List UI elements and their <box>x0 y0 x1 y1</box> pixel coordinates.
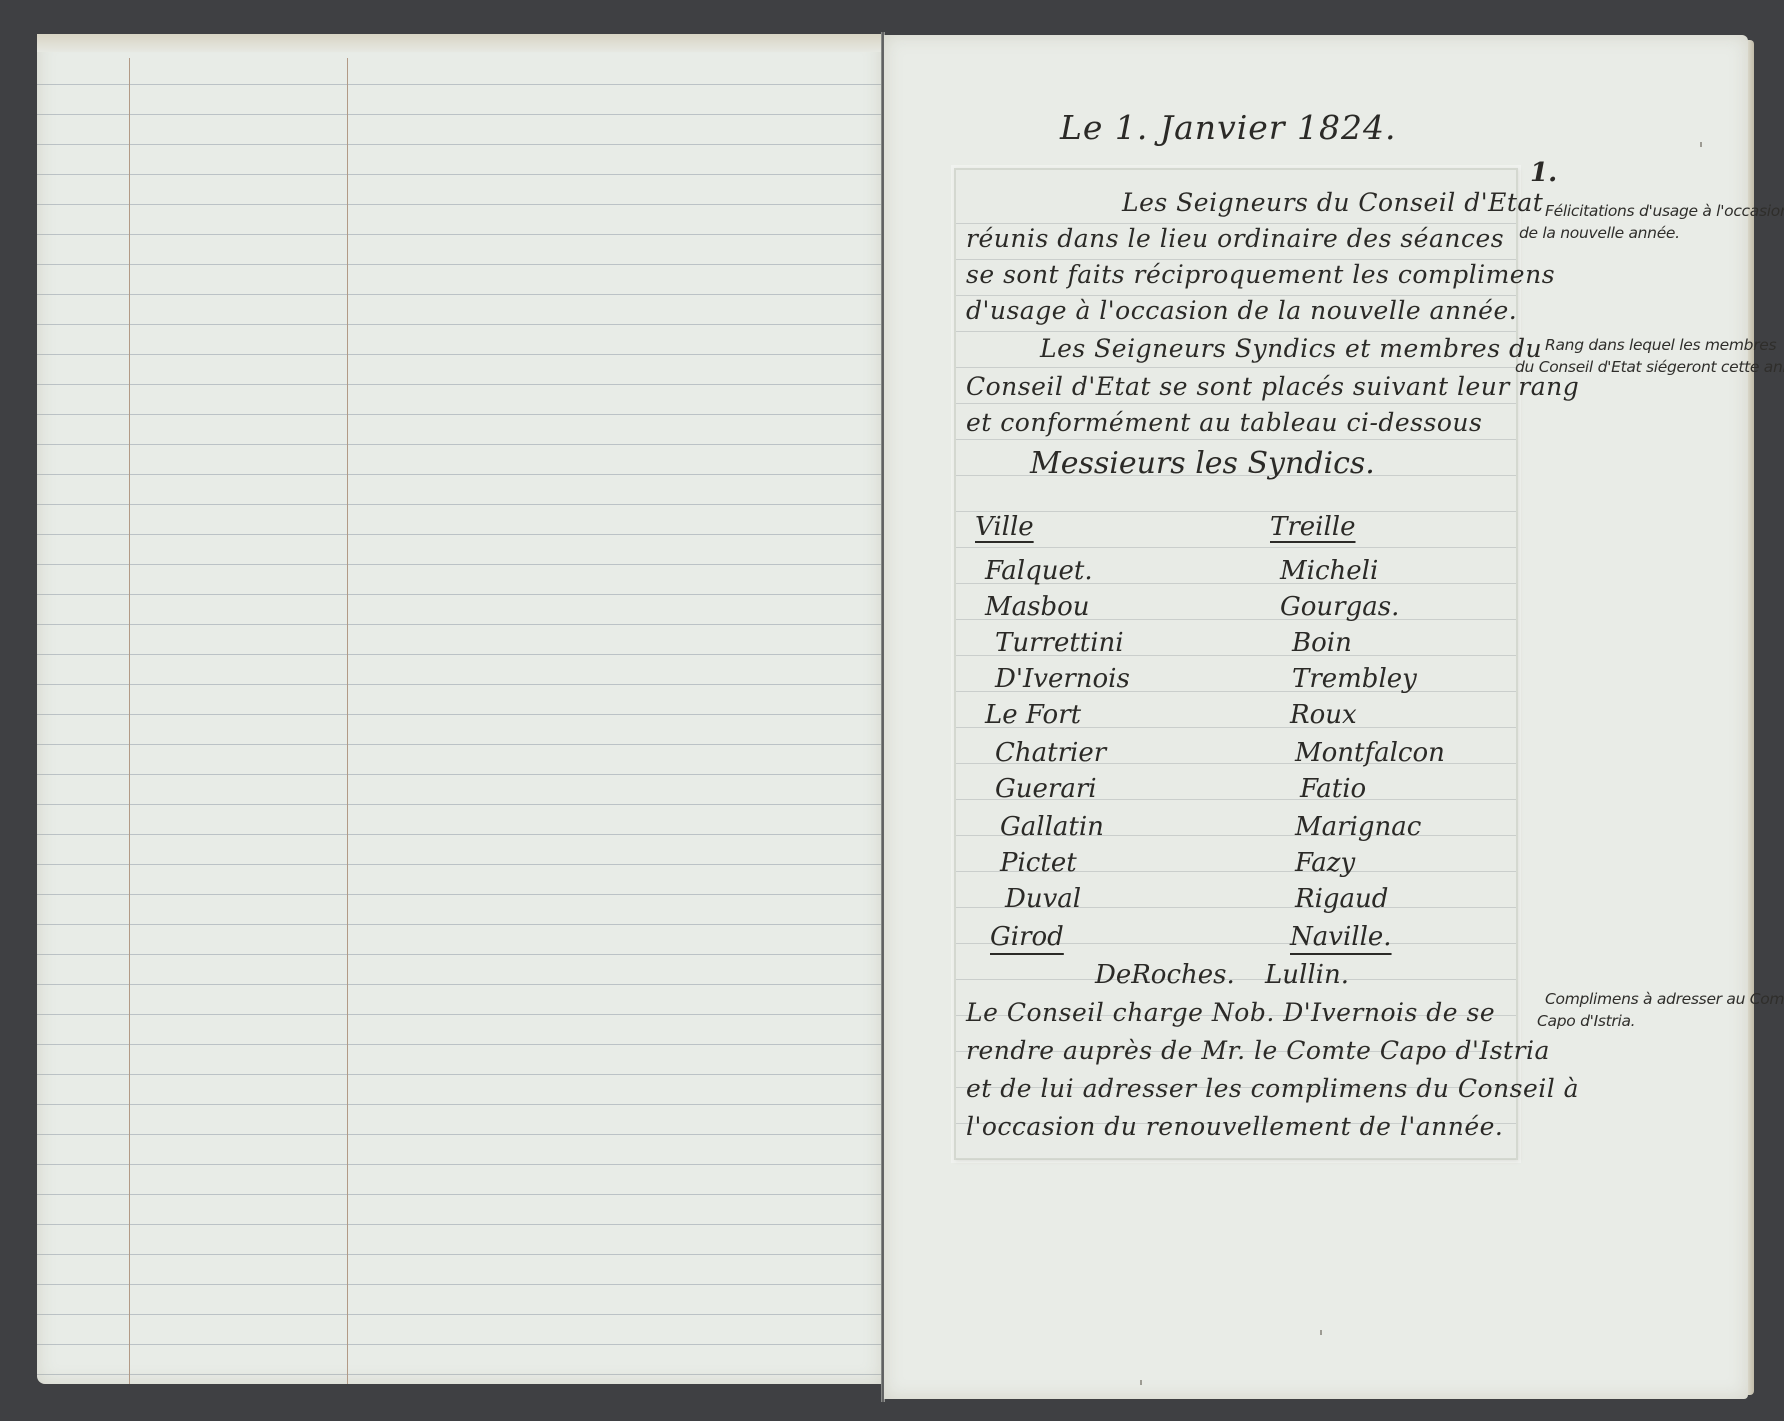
margin-rule-outer <box>129 58 130 1384</box>
table-cell: Roux <box>1290 700 1357 730</box>
closing-line: rendre auprès de Mr. le Comte Capo d'Ist… <box>966 1036 1550 1065</box>
table-cell: Guerari <box>995 774 1097 804</box>
page-top-edge <box>37 34 882 52</box>
paper-speck <box>1320 1330 1322 1335</box>
table-title: Messieurs les Syndics. <box>1030 446 1375 481</box>
table-cell: Pictet <box>1000 848 1077 878</box>
table-cell: Falquet. <box>985 556 1093 586</box>
table-cell: Fazy <box>1295 848 1355 878</box>
table-cell: Gourgas. <box>1280 592 1399 622</box>
column-header-ville: Ville <box>975 512 1034 542</box>
body-line: d'usage à l'occasion de la nouvelle anné… <box>966 296 1517 325</box>
table-footer-cell: Lullin. <box>1265 960 1349 990</box>
table-cell: Masbou <box>985 592 1090 622</box>
margin-note-complimens: Complimens à adresser au Comte Capo d'Is… <box>1545 988 1784 1032</box>
table-cell: Trembley <box>1292 664 1417 694</box>
table-cell: Marignac <box>1295 812 1421 842</box>
table-cell: Naville. <box>1290 922 1392 952</box>
table-cell: Girod <box>990 922 1064 952</box>
margin-note-rang: Rang dans lequel les membres du Conseil … <box>1545 334 1784 378</box>
left-page <box>37 34 882 1384</box>
table-cell: Micheli <box>1280 556 1378 586</box>
entry-number: 1. <box>1530 158 1557 188</box>
column-header-treille: Treille <box>1270 512 1356 542</box>
body-line: et conformément au tableau ci-dessous <box>966 408 1482 437</box>
table-cell: Duval <box>1005 884 1081 914</box>
closing-line: et de lui adresser les complimens du Con… <box>966 1074 1579 1103</box>
table-cell: Gallatin <box>1000 812 1104 842</box>
entry-date-heading: Le 1. Janvier 1824. <box>1060 108 1397 147</box>
body-line: Conseil d'Etat se sont placés suivant le… <box>966 372 1579 401</box>
table-cell: Chatrier <box>995 738 1106 768</box>
body-line: Les Seigneurs Syndics et membres du <box>1040 334 1542 363</box>
table-cell: Rigaud <box>1295 884 1388 914</box>
table-cell: Boin <box>1292 628 1352 658</box>
paper-speck <box>1700 142 1702 147</box>
closing-line: l'occasion du renouvellement de l'année. <box>966 1112 1503 1141</box>
table-cell: Le Fort <box>985 700 1081 730</box>
closing-line: Le Conseil charge Nob. D'Ivernois de se <box>966 998 1495 1027</box>
table-cell: D'Ivernois <box>995 664 1130 694</box>
body-line: Les Seigneurs du Conseil d'Etat <box>1122 188 1543 217</box>
table-cell: Montfalcon <box>1295 738 1445 768</box>
table-cell: Fatio <box>1300 774 1366 804</box>
body-line: se sont faits réciproquement les complim… <box>966 260 1555 289</box>
paper-speck <box>1140 1380 1142 1385</box>
margin-note-felicitations: Félicitations d'usage à l'occasion de la… <box>1545 200 1784 244</box>
body-line: réunis dans le lieu ordinaire des séance… <box>966 224 1504 253</box>
margin-rule-inner <box>347 58 348 1384</box>
table-cell: Turrettini <box>995 628 1124 658</box>
table-footer-cell: DeRoches. <box>1095 960 1235 990</box>
